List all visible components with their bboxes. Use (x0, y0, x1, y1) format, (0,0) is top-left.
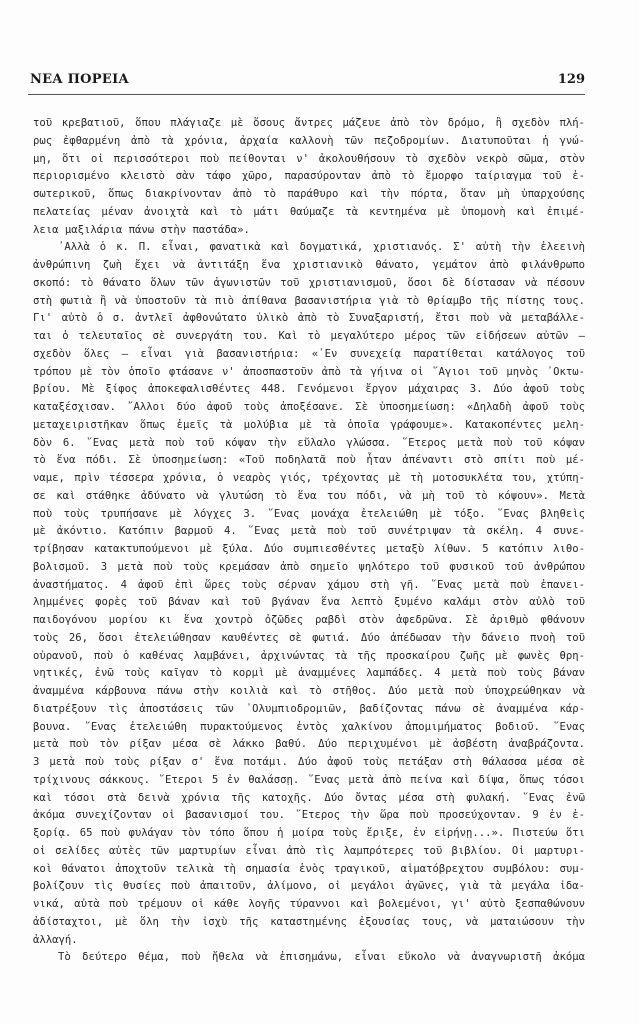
text-line: ἀλλαγή. (33, 932, 585, 950)
document-page: ΝΕΑ ΠΟΡΕΙΑ 129 τοῦ κρεβατιοῦ, ὅπου πλάγι… (0, 0, 639, 1024)
text-line: οἱ σελίδες αὐτὲς τῶν μαρτυρίων εἶναι ἀπὸ… (33, 843, 585, 861)
body-text: τοῦ κρεβατιοῦ, ὅπου πλάγιαζε μὲ ὅσους ἄν… (33, 115, 585, 967)
running-head: ΝΕΑ ΠΟΡΕΙΑ 129 (30, 72, 585, 90)
text-line: ἀνθρώπινη ζωὴ ἔχει νὰ ἀντιτάξη ἕνα χριστ… (33, 257, 585, 275)
text-line: βουνα. ῞Ενας ἐτελειώθη πυρακτούμενος ἐντ… (33, 719, 585, 737)
text-line: μη, ὅτι οἱ περισσότεροι ποὺ πείθονται ν'… (33, 151, 585, 169)
text-line: μὲ ἀκόντιο. Κατόπιν βαρμοῦ 4. ῞Ενας μετὰ… (33, 523, 585, 541)
text-line: τρόπου μὲ τὸν ὁποῖο φτάσανε ν' ἀποσπαστο… (33, 364, 585, 382)
text-line: βολίζουν τὶς θυσίες ποὺ ἀπαιτοῦν, ἀλίμον… (33, 878, 585, 896)
text-line: καὶ τόσοι στὰ δεινὰ χρόνια τῆς κατοχῆς. … (33, 790, 585, 808)
text-line: σχεδὸν ὅλες — εἶναι γιὰ βασανιστήρια: «᾿… (33, 346, 585, 364)
text-line: Γι' αὐτὸ ὁ σ. ἀντλεῖ ἀφθονώτατο ὑλικὸ ἀπ… (33, 310, 585, 328)
text-line: τοῦ κρεβατιοῦ, ὅπου πλάγιαζε μὲ ὅσους ἄν… (33, 115, 585, 133)
text-line: καταξέσχισαν. ῎Αλλοι δύο ἀφοῦ τοὺς ἀποξέ… (33, 399, 585, 417)
text-line: διατρέξουν τὶς ἀποστάσεις τῶν ᾿Ολυμπιοδρ… (33, 701, 585, 719)
text-line: λημμένες φορὲς τοῦ βάναν καὶ τοῦ βγάναν … (33, 594, 585, 612)
text-line: οὐρανοῦ, ποὺ ὁ καθένας λαμβάνει, ἀρχινών… (33, 648, 585, 666)
text-line: σωτερικοῦ, ὅπως διακρίνονταν ἀπὸ τὸ παρά… (33, 186, 585, 204)
text-line: σκοπό: τὸ θάνατο ὅλων τῶν ἀγωνιστῶν τοῦ … (33, 275, 585, 293)
text-line: τρίβησαν κατακτυπούμενοι μὲ ξύλα. Δύο συ… (33, 541, 585, 559)
text-line: σε καὶ στάθηκε ἀδύνατο νὰ γλυτώση τὸ ἕνα… (33, 488, 585, 506)
header-rule (28, 94, 585, 95)
text-line: παιδογόνου μορίου κι ἕνα χοντρὸ ὀζῶδες ρ… (33, 612, 585, 630)
text-line: ἀδίσταχτοι, μὲ ὅλη τὴν ἰσχὺ τῆς καταστημ… (33, 914, 585, 932)
text-line: περιορισμένο κλειστὸ σὰν τάφο χῶρο, παρα… (33, 168, 585, 186)
text-line: λεια μαξιλάρια πάνω στὴν παστάδα». (33, 222, 585, 240)
text-line: νικά, αὐτὰ ποὺ τρέμουν οἱ κάθε λογῆς τύρ… (33, 896, 585, 914)
page-number: 129 (558, 72, 585, 87)
text-line: μεταχειριστῆκαν ὅπως ἐμεῖς τὰ μολύβια μὲ… (33, 417, 585, 435)
text-line: ἀκόμα συνεχίζονταν οἱ βασανισμοί του. ῞Ε… (33, 807, 585, 825)
text-line: ται ὁ τελευταῖος σὲ συνεργάτη του. Καὶ τ… (33, 328, 585, 346)
text-line: στὴ φωτιὰ ἢ νὰ ὑποστοῦν τὰ πιὸ ἀπίθανα β… (33, 293, 585, 311)
text-line: ρως ἐφθαρμένη ἀπὸ τὰ χρόνια, ἀρχαία καλλ… (33, 133, 585, 151)
text-line: δὸν 6. ῞Ενας μετὰ ποὺ τοῦ κόψαν τὴν εὔλα… (33, 435, 585, 453)
text-line: ναμε, πρὶν τέσσερα χρόνια, ὁ νεαρὸς γιός… (33, 470, 585, 488)
journal-title: ΝΕΑ ΠΟΡΕΙΑ (30, 72, 129, 87)
text-line: ποὺ τοὺς τρυπήσανε μὲ λόγχες 3. ῞Ενας μο… (33, 506, 585, 524)
text-line: βρίου. Μὲ ξίφος ἀποκεφαλισθέντες 448. Γε… (33, 381, 585, 399)
text-line: Τὸ δεύτερο θέμα, ποὺ ἤθελα νὰ ἐπισημάνω,… (33, 949, 585, 967)
text-line: ᾿Αλλὰ ὁ κ. Π. εἶναι, φανατικὰ καὶ δογματ… (33, 239, 585, 257)
text-line: νητικές, ἐνῶ τοὺς καῖγαν τὸ κορμὶ μὲ ἀνα… (33, 665, 585, 683)
text-line: ἀναστήματος. 4 ἀφοῦ ἐπὶ ὥρες τοὺς σέρναν… (33, 577, 585, 595)
text-line: 3 μετὰ ποὺ τοὺς ρίξαν σ' ἕνα ποτάμι. Δύο… (33, 754, 585, 772)
text-line: βολισμοῦ. 3 μετὰ ποὺ τοὺς κρεμάσαν ἀπὸ σ… (33, 559, 585, 577)
text-line: πελατείας μέναν ἀνοιχτὰ καὶ τὸ μάτι θαύμ… (33, 204, 585, 222)
text-line: ξορίᾳ. 65 ποὺ φυλάγαν τὸν τόπο ὅπου ἡ μο… (33, 825, 585, 843)
text-line: ἀναμμένα κάρβουνα πάνω στὴν κοιλιὰ καὶ τ… (33, 683, 585, 701)
text-line: τοὺς 26, ὅσοι ἐτελειώθησαν καυθέντες σὲ … (33, 630, 585, 648)
text-line: μετὰ ποὺ τὸν ρίξαν μέσα σὲ λάκκο βαθύ. Δ… (33, 736, 585, 754)
text-line: τρίχινους σάκκους. ῞Ετεροι 5 ἐν θαλάσσῃ.… (33, 772, 585, 790)
text-line: τὸ ἕνα πόδι. Σὲ ὑποσημείωση: «Τοῦ ποδηλα… (33, 452, 585, 470)
text-line: κοὶ θάνατοι ἀποχτοῦν τελικὰ τὴ σημασία ἑ… (33, 861, 585, 879)
